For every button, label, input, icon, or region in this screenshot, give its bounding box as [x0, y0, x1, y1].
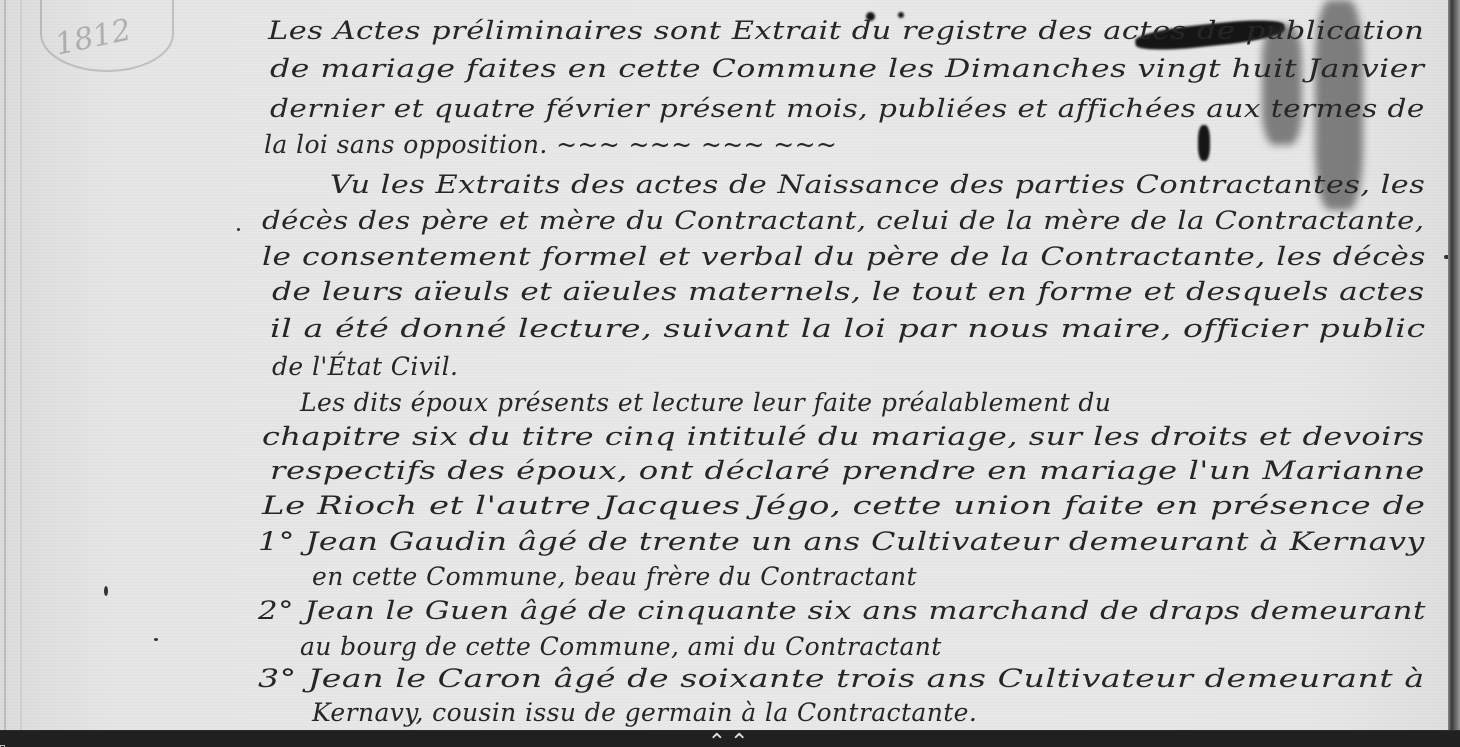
- collapse-chevron-icon[interactable]: ⌃⌃: [708, 732, 753, 747]
- handwritten-line: il a été donné lecture, suivant la loi p…: [270, 314, 1426, 343]
- viewer-toolbar: ⌃⌃: [0, 730, 1460, 747]
- handwritten-line: de leurs aïeuls et aïeules maternels, le…: [272, 277, 1425, 306]
- binding-edge-line: [20, 0, 22, 730]
- handwritten-line: dernier et quatre février présent mois, …: [270, 94, 1425, 123]
- page-edge: [1448, 0, 1460, 730]
- handwritten-line: de l'État Civil.: [272, 352, 458, 381]
- binding-edge-line: [4, 0, 6, 730]
- handwritten-line: chapitre six du titre cinq intitulé du m…: [262, 422, 1425, 451]
- ink-speck: [104, 586, 108, 596]
- handwritten-line: Le Rioch et l'autre Jacques Jégo, cette …: [262, 491, 1426, 520]
- handwritten-line: Les Actes préliminaires sont Extrait du …: [268, 16, 1424, 45]
- handwritten-line: 1° Jean Gaudin âgé de trente un ans Cult…: [258, 527, 1425, 556]
- handwritten-line: le consentement formel et verbal du père…: [262, 242, 1426, 271]
- image-viewer[interactable]: 1812 Les Actes préliminaires sont Extrai…: [0, 0, 1460, 747]
- handwritten-line: Kernavy, cousin issu de germain à la Con…: [312, 698, 977, 727]
- ink-speck: [237, 228, 240, 231]
- handwritten-line: Vu les Extraits des actes de Naissance d…: [330, 170, 1425, 199]
- handwritten-line: 3° Jean le Caron âgé de soixante trois a…: [258, 664, 1425, 693]
- handwritten-line: respectifs des époux, ont déclaré prendr…: [270, 456, 1425, 485]
- handwritten-line: 2° Jean le Guen âgé de cinquante six ans…: [258, 596, 1426, 625]
- handwritten-line: en cette Commune, beau frère du Contract…: [312, 562, 917, 591]
- handwritten-line: au bourg de cette Commune, ami du Contra…: [300, 632, 942, 661]
- handwritten-line: la loi sans opposition. ~~~ ~~~ ~~~ ~~~: [264, 130, 837, 159]
- ink-blot: [1198, 125, 1210, 161]
- handwritten-line: de mariage faites en cette Commune les D…: [270, 54, 1425, 83]
- document-scan[interactable]: 1812 Les Actes préliminaires sont Extrai…: [0, 0, 1460, 730]
- ink-speck: [154, 638, 158, 641]
- handwritten-line: Les dits époux présents et lecture leur …: [300, 388, 1111, 417]
- handwritten-line: décès des père et mère du Contractant, c…: [262, 206, 1425, 235]
